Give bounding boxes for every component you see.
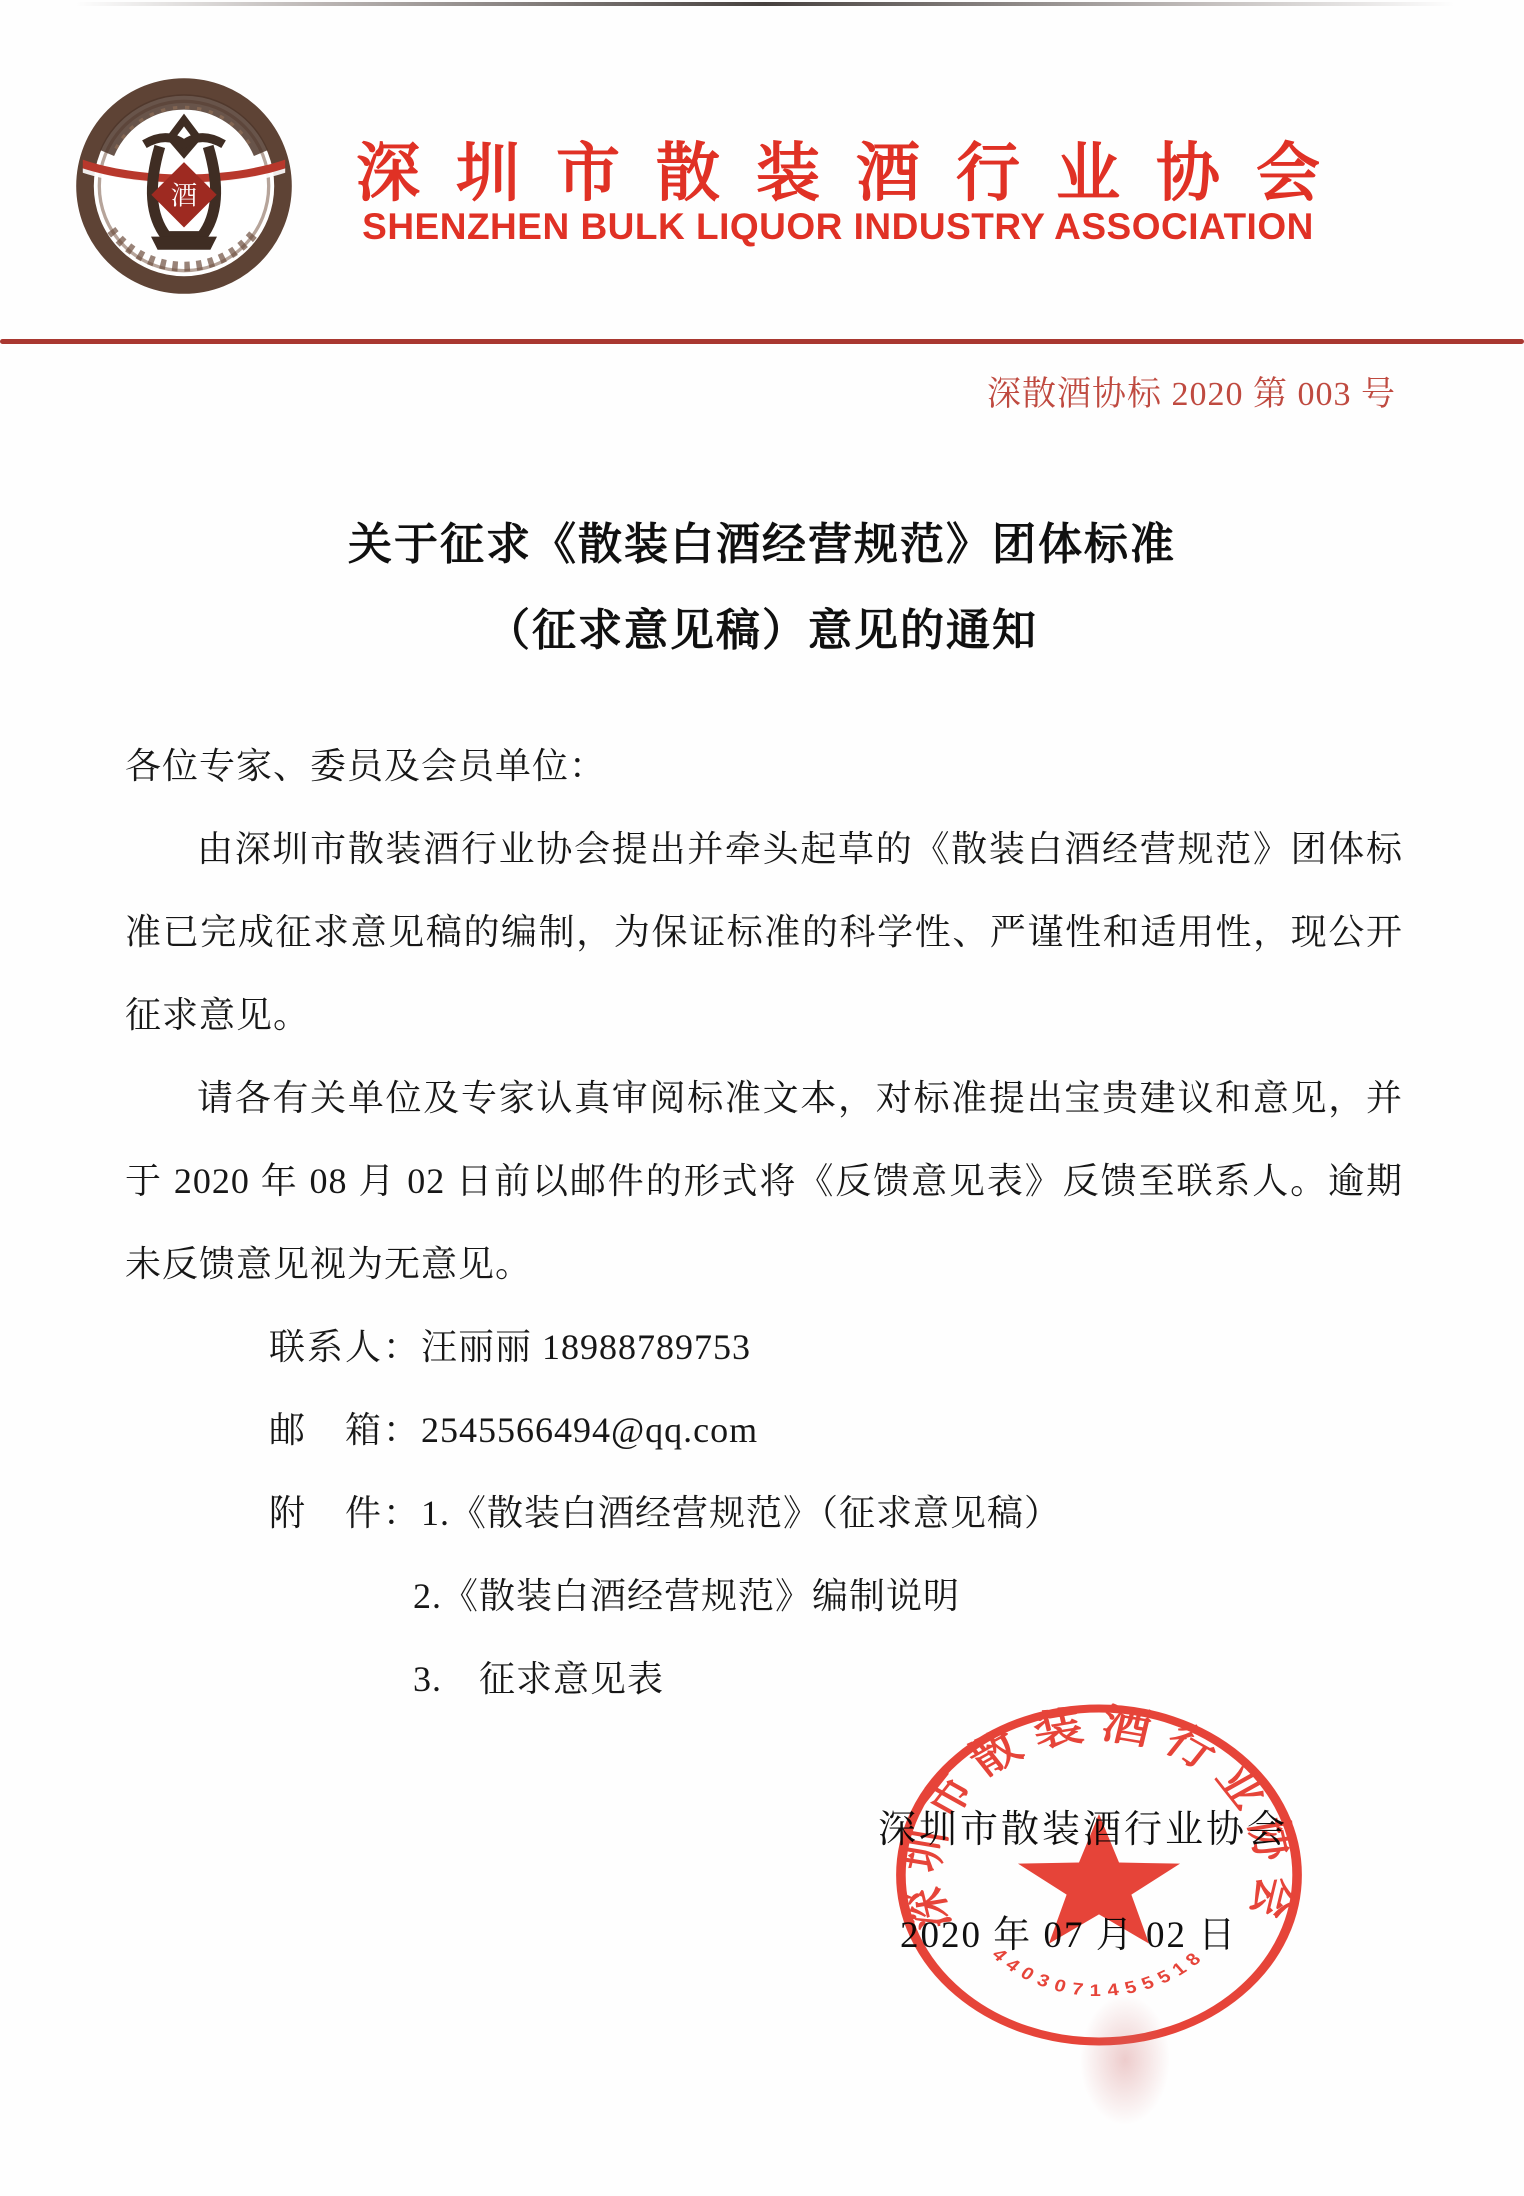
contact-email-value: 2545566494@qq.com (421, 1410, 758, 1450)
stamp-ink-smudge (1080, 1995, 1170, 2125)
header-divider-rule (0, 339, 1524, 344)
document-body: 各位专家、委员及会员单位： 由深圳市散装酒行业协会提出并牵头起草的《散装白酒经营… (125, 725, 1403, 1721)
attachments-label: 附 件： (269, 1493, 421, 1533)
stamp-star-icon (1018, 1814, 1180, 1944)
contact-person-label: 联系人： (269, 1327, 421, 1367)
paragraph-2: 请各有关单位及专家认真审阅标准文本，对标准提出宝贵建议和意见，并于 2020 年… (125, 1057, 1403, 1306)
document-page: 酒 深圳市散装酒行业协会 SHENZHEN BULK LIQUOR INDUST… (0, 0, 1524, 2196)
contact-person-value: 汪丽丽 18988789753 (421, 1327, 751, 1367)
attachment-item-2: 2.《散装白酒经营规范》编制说明 (125, 1555, 1403, 1638)
svg-text:4403071455518: 4403071455518 (988, 1945, 1210, 2000)
contact-email-label: 邮 箱： (269, 1410, 421, 1450)
org-name-english: SHENZHEN BULK LIQUOR INDUSTRY ASSOCIATIO… (318, 206, 1358, 248)
org-name-chinese: 深圳市散装酒行业协会 (318, 122, 1358, 214)
salutation: 各位专家、委员及会员单位： (125, 725, 1403, 808)
paragraph-1: 由深圳市散装酒行业协会提出并牵头起草的《散装白酒经营规范》团体标准已完成征求意见… (125, 808, 1403, 1057)
document-title-line1: 关于征求《散装白酒经营规范》团体标准 (0, 508, 1524, 572)
attachments-line-1: 附 件：1.《散装白酒经营规范》（征求意见稿） (125, 1472, 1403, 1555)
document-title-line2: （征求意见稿）意见的通知 (0, 594, 1524, 658)
scan-artifact-line (75, 2, 1455, 6)
attachment-item-1: 1.《散装白酒经营规范》（征求意见稿） (421, 1493, 1061, 1533)
contact-email-line: 邮 箱：2545566494@qq.com (125, 1389, 1403, 1472)
document-number: 深散酒协标 2020 第 003 号 (987, 366, 1396, 415)
stamp-serial-number: 4403071455518 (988, 1945, 1210, 2000)
logo-center-glyph: 酒 (171, 181, 197, 211)
contact-person-line: 联系人：汪丽丽 18988789753 (125, 1306, 1403, 1389)
association-logo-icon: 酒 (74, 76, 294, 296)
